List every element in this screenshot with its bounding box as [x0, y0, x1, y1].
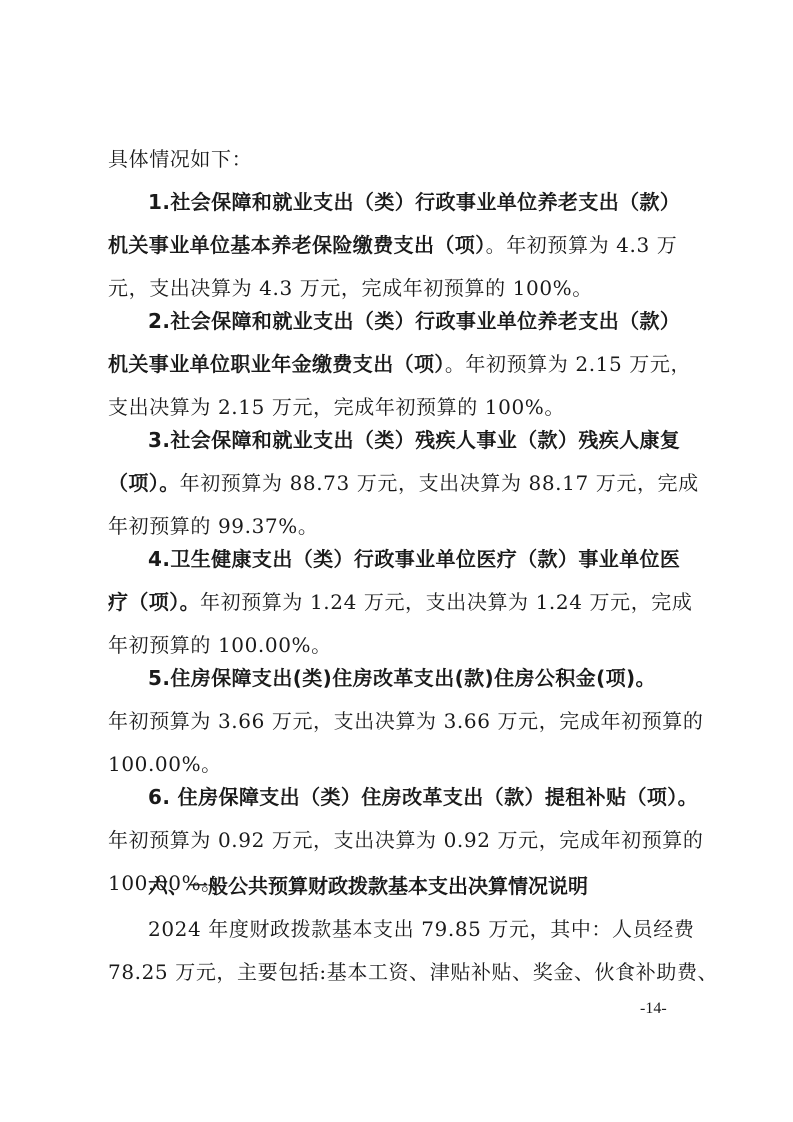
item-3-budget-text: 年初预算为 88.73 万元，支出决算为 88.17 万元，完成: [180, 471, 699, 495]
section-heading: 六、一般公共预算财政拨款基本支出决算情况说明: [148, 873, 688, 899]
item-2-line-3: 支出决算为 2.15 万元，完成年初预算的 100%。: [108, 394, 688, 420]
item-2-title: 2.社会保障和就业支出（类）行政事业单位养老支出（款）: [148, 308, 688, 334]
intro-text: 具体情况如下：: [108, 146, 688, 172]
item-4-title: 4.卫生健康支出（类）行政事业单位医疗（款）事业单位医: [148, 546, 688, 572]
item-3-line-3: 年初预算的 99.37%。: [108, 513, 688, 539]
item-5-line-2: 年初预算为 3.66 万元，支出决算为 3.66 万元，完成年初预算的: [108, 708, 688, 734]
item-4-budget-text: 年初预算为 1.24 万元，支出决算为 1.24 万元，完成: [200, 590, 693, 614]
item-6-line-2: 年初预算为 0.92 万元，支出决算为 0.92 万元，完成年初预算的: [108, 827, 688, 853]
item-4-subject: 疗（项）。: [108, 590, 200, 614]
item-2-budget-text: 。年初预算为 2.15 万元，: [445, 352, 691, 376]
item-1-title: 1.社会保障和就业支出（类）行政事业单位养老支出（款）: [148, 189, 688, 215]
item-1-line-2: 机关事业单位基本养老保险缴费支出（项）。年初预算为 4.3 万: [108, 232, 688, 258]
paragraph-line-1: 2024 年度财政拨款基本支出 79.85 万元，其中：人员经费: [148, 916, 688, 942]
item-4-line-3: 年初预算的 100.00%。: [108, 632, 688, 658]
item-1-budget-text: 。年初预算为 4.3 万: [486, 233, 678, 257]
item-2-line-2: 机关事业单位职业年金缴费支出（项）。年初预算为 2.15 万元，: [108, 351, 688, 377]
paragraph-line-2: 78.25 万元，主要包括:基本工资、津贴补贴、奖金、伙食补助费、: [108, 959, 688, 985]
page-number: -14-: [640, 1000, 667, 1018]
item-5-title: 5.住房保障支出(类)住房改革支出(款)住房公积金(项)。: [148, 665, 688, 691]
item-2-subject: 机关事业单位职业年金缴费支出（项）: [108, 352, 445, 376]
item-5-line-3: 100.00%。: [108, 751, 688, 777]
item-3-line-2: （项）。年初预算为 88.73 万元，支出决算为 88.17 万元，完成: [108, 470, 688, 496]
item-4-line-2: 疗（项）。年初预算为 1.24 万元，支出决算为 1.24 万元，完成: [108, 589, 688, 615]
item-1-line-3: 元，支出决算为 4.3 万元，完成年初预算的 100%。: [108, 275, 688, 301]
item-3-subject: （项）。: [108, 471, 180, 495]
item-6-title: 6. 住房保障支出（类）住房改革支出（款）提租补贴（项）。: [148, 784, 688, 810]
item-3-title: 3.社会保障和就业支出（类）残疾人事业（款）残疾人康复: [148, 427, 688, 453]
item-1-subject: 机关事业单位基本养老保险缴费支出（项）: [108, 233, 486, 257]
